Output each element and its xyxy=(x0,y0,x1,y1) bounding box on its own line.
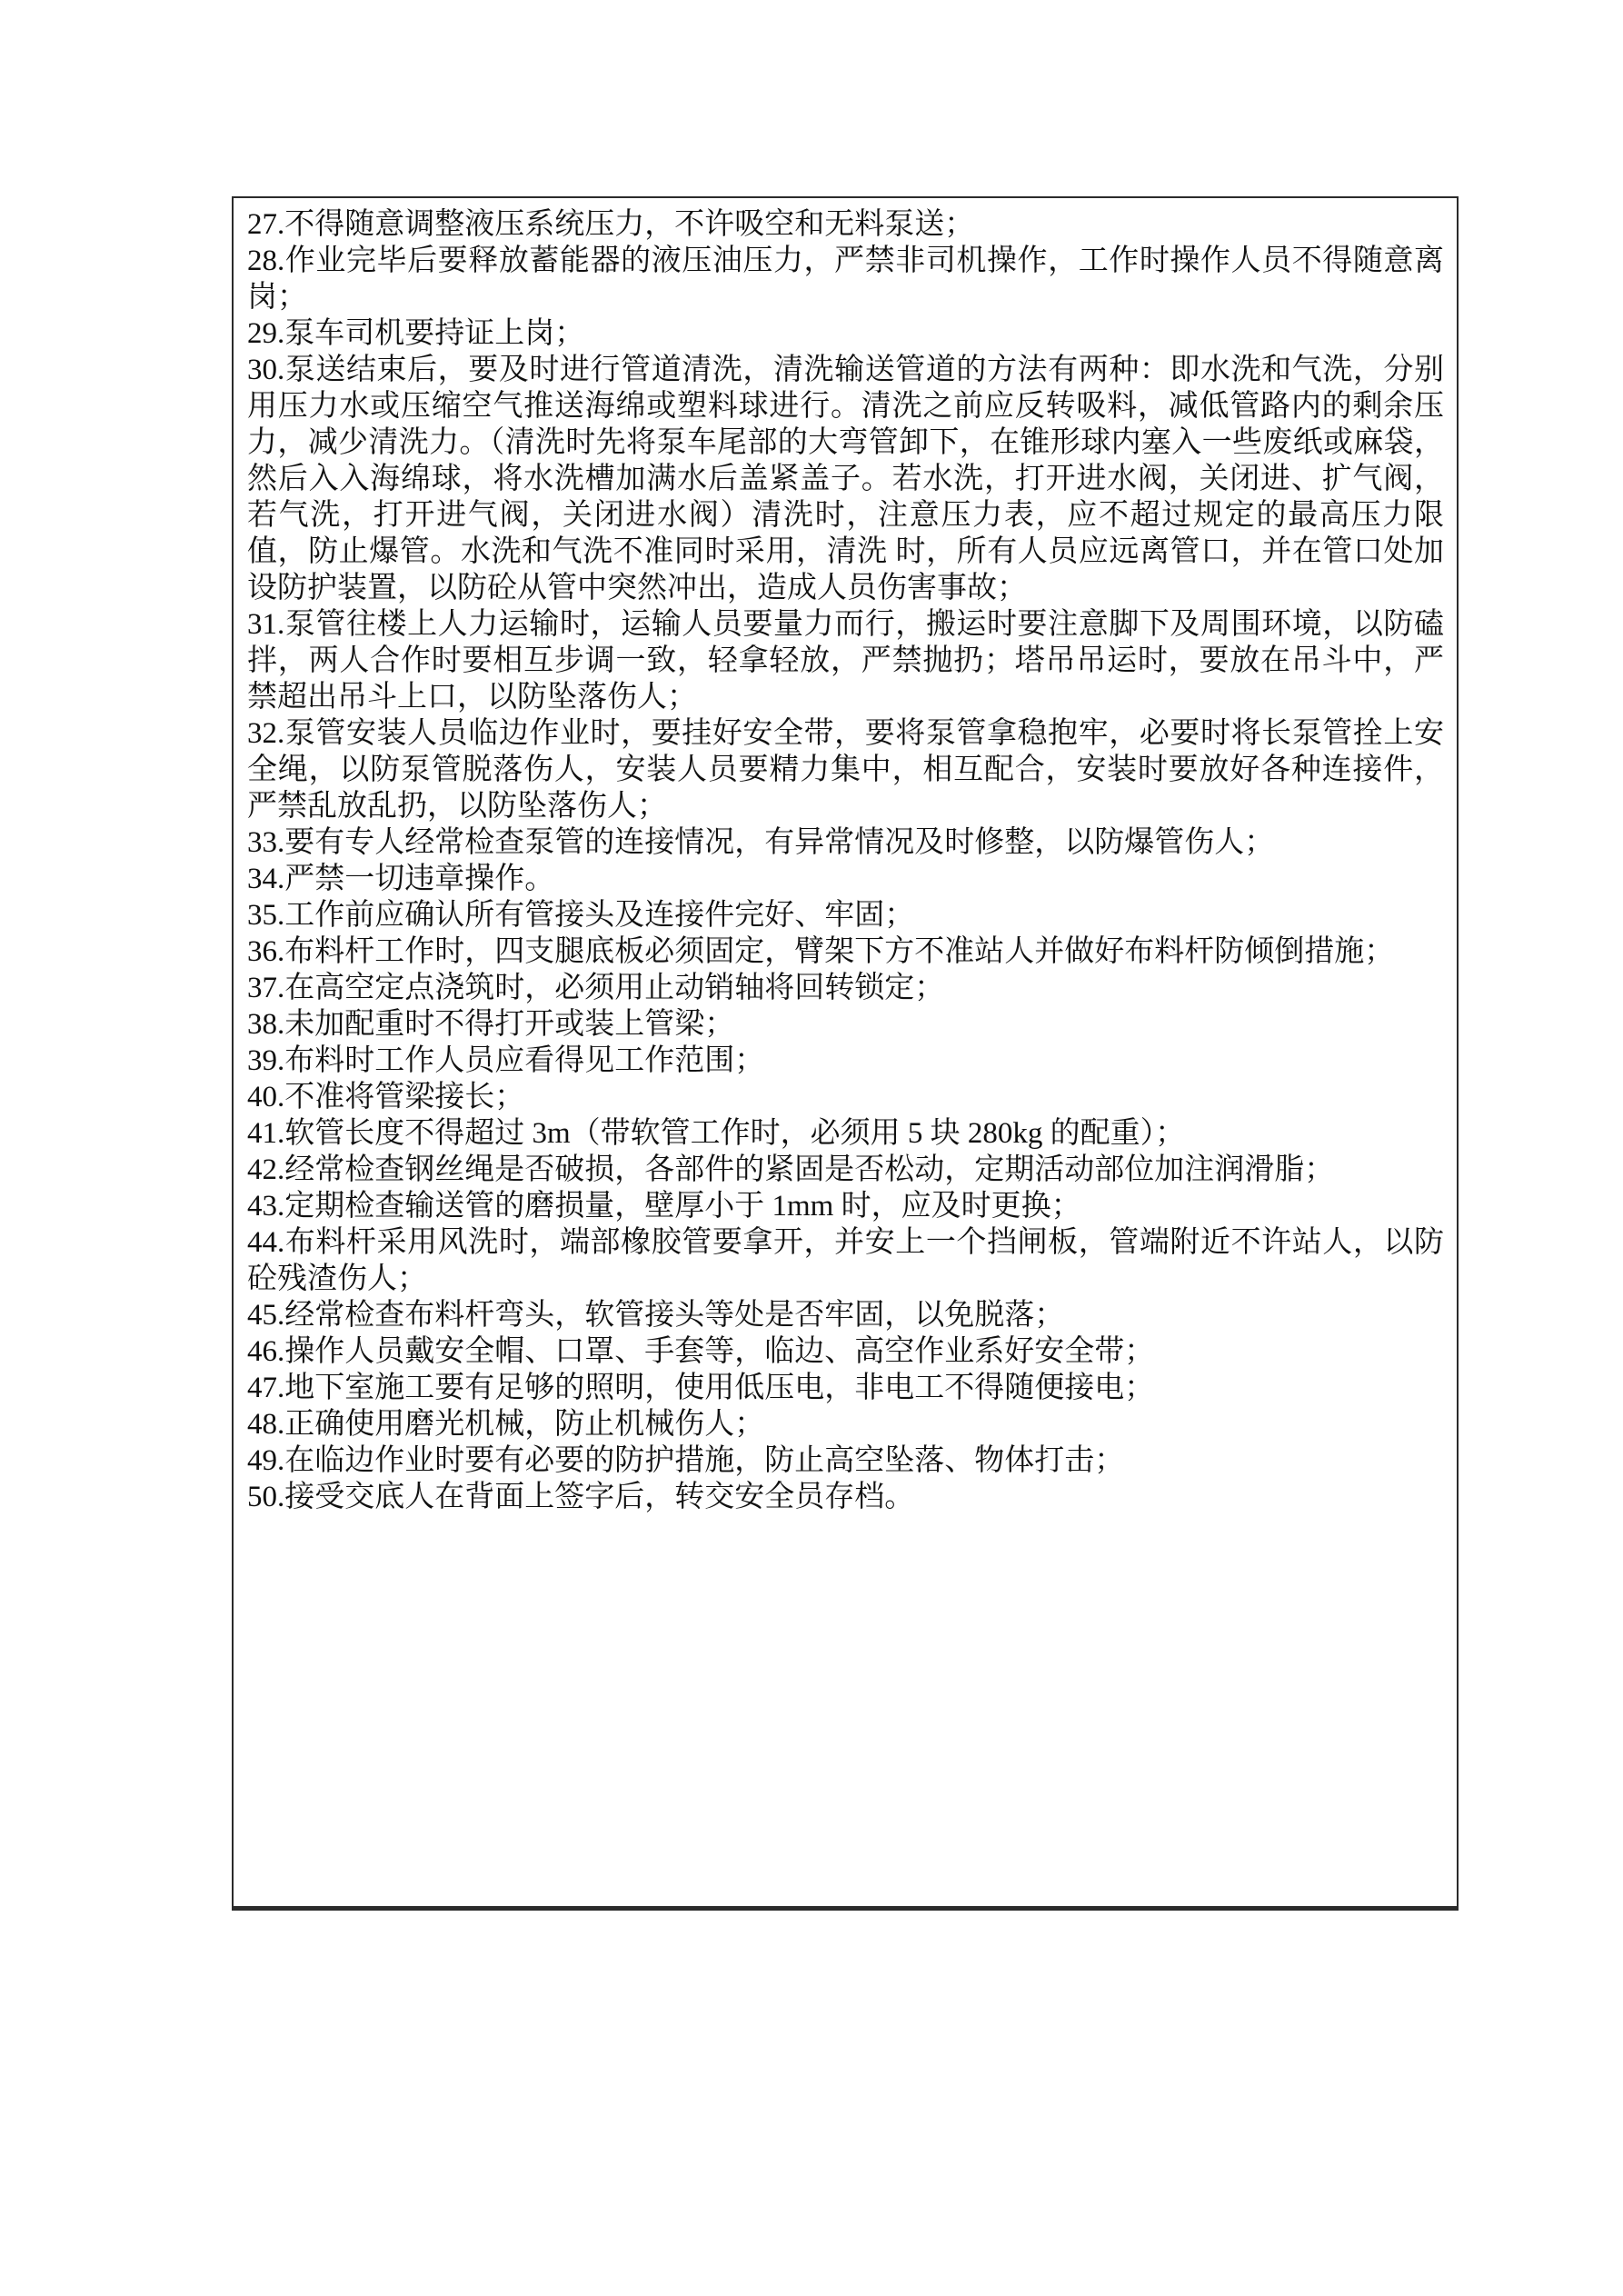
safety-item-37: 37.在高空定点浇筑时，必须用止动销轴将回转锁定； xyxy=(247,970,1444,1006)
safety-item-39: 39.布料时工作人员应看得见工作范围； xyxy=(247,1043,1444,1079)
safety-item-30: 30.泵送结束后，要及时进行管道清洗，清洗输送管道的方法有两种：即水洗和气洗，分… xyxy=(247,352,1444,606)
safety-item-45: 45.经常检查布料杆弯头，软管接头等处是否牢固，以免脱落； xyxy=(247,1297,1444,1333)
safety-item-34: 34.严禁一切违章操作。 xyxy=(247,861,1444,897)
safety-item-42: 42.经常检查钢丝绳是否破损，各部件的紧固是否松动，定期活动部位加注润滑脂； xyxy=(247,1152,1444,1188)
safety-item-49: 49.在临边作业时要有必要的防护措施，防止高空坠落、物体打击； xyxy=(247,1442,1444,1479)
safety-item-27: 27.不得随意调整液压系统压力，不许吸空和无料泵送； xyxy=(247,206,1444,243)
safety-item-43: 43.定期检查输送管的磨损量，壁厚小于 1mm 时，应及时更换； xyxy=(247,1188,1444,1224)
safety-item-33: 33.要有专人经常检查泵管的连接情况，有异常情况及时修整，以防爆管伤人； xyxy=(247,824,1444,861)
safety-item-47: 47.地下室施工要有足够的照明，使用低压电，非电工不得随便接电； xyxy=(247,1370,1444,1406)
safety-item-46: 46.操作人员戴安全帽、口罩、手套等，临边、高空作业系好安全带； xyxy=(247,1333,1444,1370)
safety-item-50: 50.接受交底人在背面上签字后，转交安全员存档。 xyxy=(247,1479,1444,1515)
safety-item-40: 40.不准将管梁接长； xyxy=(247,1079,1444,1115)
safety-item-31: 31.泵管往楼上人力运输时，运输人员要量力而行，搬运时要注意脚下及周围环境，以防… xyxy=(247,606,1444,715)
safety-item-32: 32.泵管安装人员临边作业时，要挂好安全带，要将泵管拿稳抱牢，必要时将长泵管拴上… xyxy=(247,715,1444,824)
safety-item-48: 48.正确使用磨光机械，防止机械伤人； xyxy=(247,1406,1444,1442)
safety-item-35: 35.工作前应确认所有管接头及连接件完好、牢固； xyxy=(247,897,1444,933)
safety-item-28: 28.作业完毕后要释放蓄能器的液压油压力，严禁非司机操作，工作时操作人员不得随意… xyxy=(247,243,1444,315)
document-page: 27.不得随意调整液压系统压力，不许吸空和无料泵送； 28.作业完毕后要释放蓄能… xyxy=(0,0,1623,2296)
safety-item-41: 41.软管长度不得超过 3m（带软管工作时，必须用 5 块 280kg 的配重）… xyxy=(247,1115,1444,1152)
safety-item-44: 44.布料杆采用风洗时，端部橡胶管要拿开，并安上一个挡闸板，管端附近不许站人，以… xyxy=(247,1224,1444,1297)
safety-item-38: 38.未加配重时不得打开或装上管梁； xyxy=(247,1006,1444,1043)
safety-item-36: 36.布料杆工作时，四支腿底板必须固定，臂架下方不准站人并做好布料杆防倾倒措施； xyxy=(247,933,1444,970)
safety-item-29: 29.泵车司机要持证上岗； xyxy=(247,315,1444,352)
safety-items-table-cell: 27.不得随意调整液压系统压力，不许吸空和无料泵送； 28.作业完毕后要释放蓄能… xyxy=(232,196,1459,1911)
